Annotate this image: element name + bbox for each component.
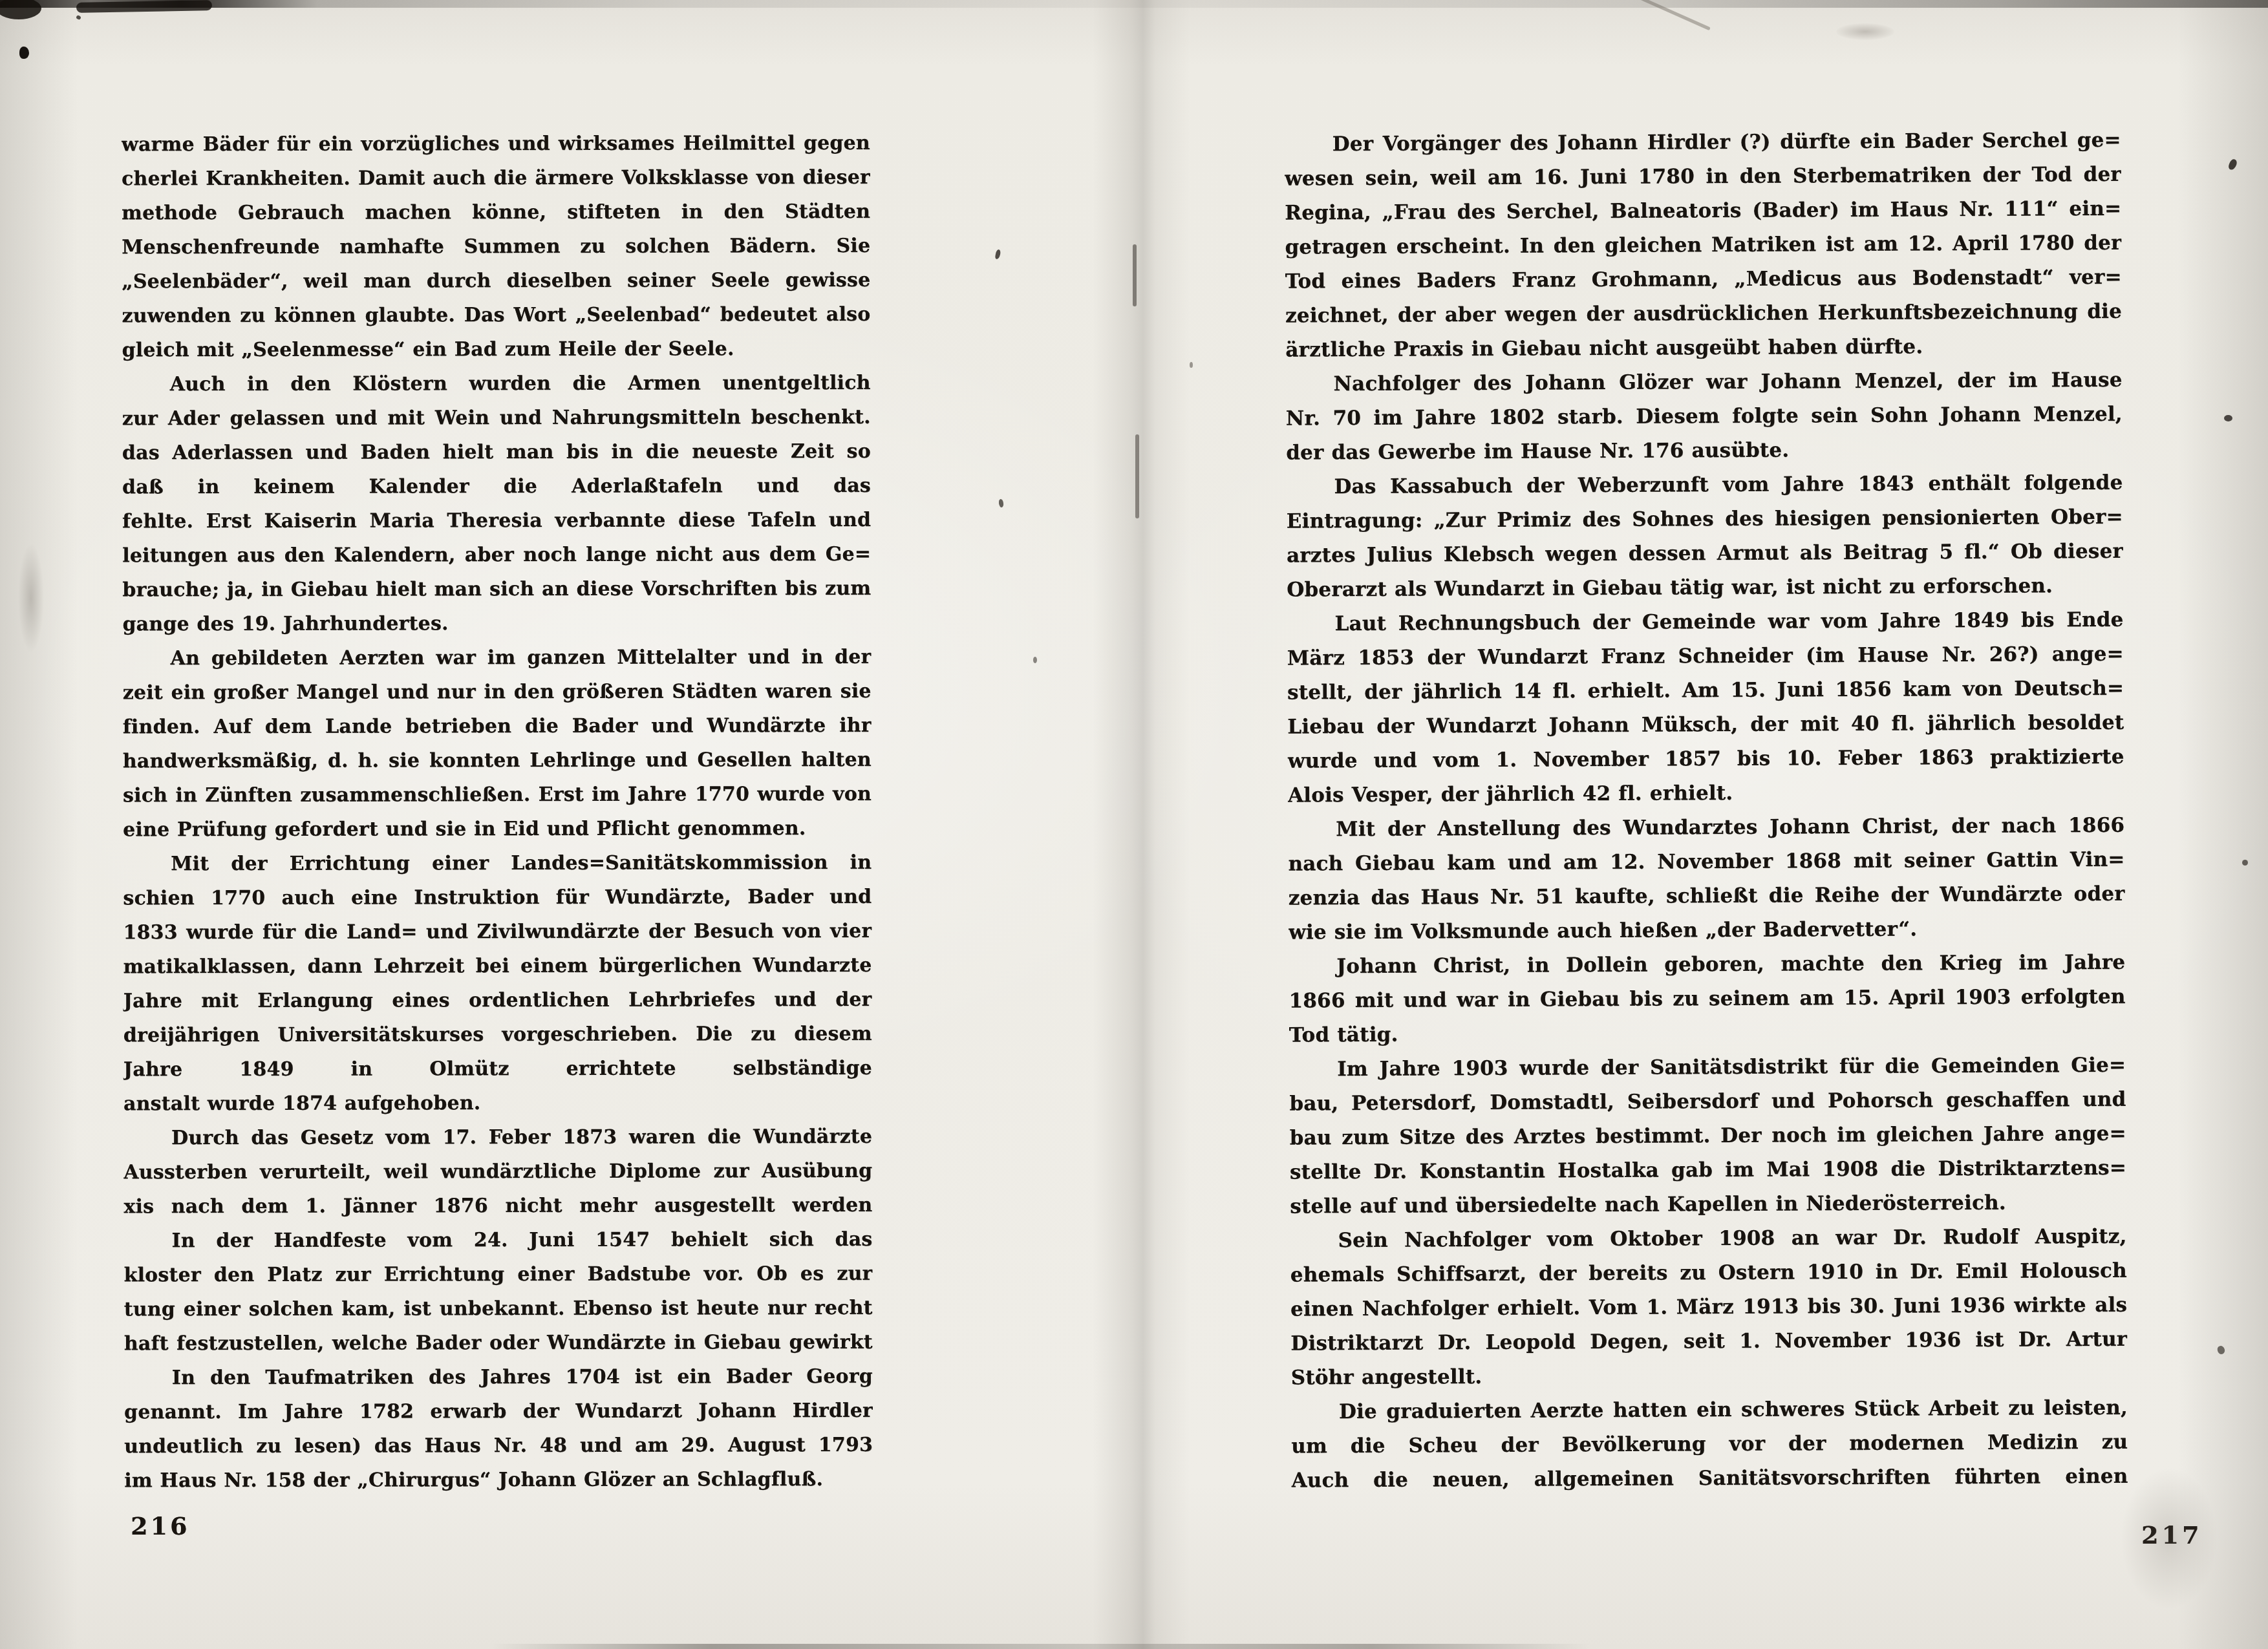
text-line: brauche; ja, in Giebau hielt man sich an… — [122, 571, 871, 607]
text-line: xis nach dem 1. Jänner 1876 nicht mehr a… — [123, 1188, 872, 1224]
text-line: der das Gewerbe im Hause Nr. 176 ausübte… — [1286, 432, 2123, 471]
text-line: zeit ein großer Mangel und nur in den gr… — [123, 674, 872, 710]
text-line: daß in keinem Kalender die Aderlaßtafeln… — [122, 469, 871, 504]
text-line: kloster den Platz zur Errichtung einer B… — [123, 1257, 872, 1292]
text-line: In der Handfeste vom 24. Juni 1547 behie… — [123, 1222, 872, 1258]
page-217-text-block: Der Vorgänger des Johann Hirdler (?) dür… — [1284, 123, 2128, 1498]
text-line: wie sie im Volksmunde auch hießen „der B… — [1289, 911, 2125, 950]
gutter-fold-speck-1 — [1033, 657, 1037, 663]
text-line: Mit der Errichtung einer Landes=Sanitäts… — [123, 846, 872, 881]
top-right-scratch — [1638, 0, 1711, 30]
text-line: 1833 wurde für die Land= und Zivilwundär… — [123, 914, 872, 950]
text-line: Tod eines Baders Franz Grohmann, „Medicu… — [1285, 261, 2122, 299]
text-line: Auch die neuen, allgemeinen Sanitätsvors… — [1291, 1460, 2128, 1498]
left-page-edge-shadow — [0, 0, 78, 1649]
text-line: um die Scheu der Bevölkerung vor der mod… — [1291, 1425, 2128, 1464]
text-line: Menschenfreunde namhafte Summen zu solch… — [122, 229, 870, 264]
text-line: wesen sein, weil am 16. Juni 1780 in den… — [1285, 158, 2121, 197]
text-line: ehemals Schiffsarzt, der bereits zu Oste… — [1290, 1254, 2127, 1293]
bottom-edge-stain — [491, 1644, 1590, 1649]
text-line: Im Jahre 1903 wurde der Sanitätsdistrikt… — [1289, 1048, 2126, 1087]
text-line: stellt, der jährlich 14 fl. erhielt. Am … — [1287, 672, 2124, 710]
text-line: März 1853 der Wundarzt Franz Schneider (… — [1287, 637, 2124, 676]
text-line: Jahre 1849 in Olmütz errichtete selbstän… — [123, 1051, 872, 1087]
text-line: dreijährigen Universitätskurses vorgesch… — [123, 1017, 872, 1052]
text-line: Der Vorgänger des Johann Hirdler (?) dür… — [1284, 123, 2121, 162]
text-line: matikalklassen, dann Lehrzeit bei einem … — [123, 948, 872, 984]
text-line: An gebildeten Aerzten war im ganzen Mitt… — [122, 640, 871, 676]
text-line: leitungen aus den Kalendern, aber noch l… — [122, 537, 871, 573]
text-line: Aussterben verurteilt, weil wundärztlich… — [123, 1154, 872, 1189]
text-line: „Seelenbäder“, weil man durch dieselben … — [122, 263, 870, 299]
text-line: Nr. 70 im Jahre 1802 starb. Diesem folgt… — [1286, 398, 2123, 436]
text-line: Das Kassabuch der Weberzunft vom Jahre 1… — [1286, 466, 2123, 505]
page-number-216: 216 — [131, 1511, 189, 1540]
text-line: Stöhr angestellt. — [1290, 1357, 2127, 1396]
page-216-text-block: warme Bäder für ein vorzügliches und wir… — [122, 126, 873, 1498]
text-line: Johann Christ, in Dollein geboren, macht… — [1289, 946, 2125, 984]
text-line: Jahre mit Erlangung eines ordentlichen L… — [123, 983, 872, 1018]
text-line: In den Taufmatriken des Jahres 1704 ist … — [124, 1359, 873, 1395]
text-line: bau zum Sitze des Arztes bestimmt. Der n… — [1290, 1117, 2126, 1156]
text-line: stellte Dr. Konstantin Hostalka gab im M… — [1290, 1151, 2126, 1190]
text-line: finden. Auf dem Lande betrieben die Bade… — [123, 708, 872, 744]
text-line: Regina, „Frau des Serchel, Balneatoris (… — [1285, 192, 2121, 231]
text-line: anstalt wurde 1874 aufgehoben. — [123, 1085, 872, 1121]
book-scan: warme Bäder für ein vorzügliches und wir… — [0, 0, 2268, 1649]
text-line: genannt. Im Jahre 1782 erwarb der Wundar… — [124, 1394, 873, 1429]
text-line: Tod tätig. — [1289, 1014, 2126, 1053]
text-line: gleich mit „Seelenmesse“ ein Bad zum Hei… — [122, 332, 870, 367]
top-ink-blotch — [76, 0, 212, 13]
text-line: getragen erscheint. In den gleichen Matr… — [1285, 226, 2121, 265]
text-line: einen Nachfolger erhielt. Vom 1. März 19… — [1290, 1288, 2127, 1327]
text-line: Sein Nachfolger vom Oktober 1908 an war … — [1290, 1220, 2126, 1259]
text-line: tung einer solchen kam, ist unbekannt. E… — [124, 1291, 873, 1326]
text-line: zeichnet, der aber wegen der ausdrücklic… — [1285, 295, 2122, 334]
text-line: zuwenden zu können glaubte. Das Wort „Se… — [122, 297, 870, 333]
text-line: fehlte. Erst Kaiserin Maria Theresia ver… — [122, 503, 871, 538]
text-line: gange des 19. Jahrhundertes. — [122, 606, 871, 641]
text-line: das Aderlassen und Baden hielt man bis i… — [122, 434, 871, 470]
text-line: zenzia das Haus Nr. 51 kaufte, schließt … — [1289, 877, 2125, 916]
text-line: Eintragung: „Zur Primiz des Sohnes des h… — [1287, 500, 2123, 539]
text-line: Durch das Gesetz vom 17. Feber 1873 ware… — [123, 1120, 872, 1155]
text-line: haft festzustellen, welche Bader oder Wu… — [124, 1325, 873, 1361]
text-line: schien 1770 auch eine Instruktion für Wu… — [123, 880, 872, 915]
right-page-edge-shadow — [2177, 0, 2268, 1649]
gutter-fold-speck-2 — [1190, 362, 1193, 368]
text-line: arztes Julius Klebsch wegen dessen Armut… — [1287, 535, 2123, 573]
text-line: im Haus Nr. 158 der „Chirurgus“ Johann G… — [124, 1462, 873, 1498]
text-line: Laut Rechnungsbuch der Gemeinde war vom … — [1287, 603, 2123, 642]
gutter-speck-lower — [998, 499, 1004, 508]
text-line: wurde und vom 1. November 1857 bis 10. F… — [1287, 740, 2124, 779]
text-line: sich in Zünften zusammenschließen. Erst … — [123, 777, 872, 813]
text-line: warme Bäder für ein vorzügliches und wir… — [122, 126, 870, 162]
text-line: Liebau der Wundarzt Johann Müksch, der m… — [1287, 706, 2124, 745]
text-line: Die graduierten Aerzte hatten ein schwer… — [1291, 1391, 2128, 1430]
text-line: Oberarzt als Wundarzt in Giebau tätig wa… — [1287, 569, 2123, 608]
text-line: ärztliche Praxis in Giebau nicht ausgeüb… — [1285, 329, 2122, 368]
text-line: handwerksmäßig, d. h. sie konnten Lehrli… — [123, 743, 872, 778]
text-line: cherlei Krankheiten. Damit auch die ärme… — [122, 160, 870, 196]
text-line: Auch in den Klöstern wurden die Armen un… — [122, 366, 871, 401]
text-line: undeutlich zu lesen) das Haus Nr. 48 und… — [124, 1428, 873, 1463]
text-line: nach Giebau kam und am 12. November 1868… — [1288, 843, 2124, 882]
gutter-speck-upper — [995, 249, 1001, 259]
text-line: stelle auf und übersiedelte nach Kapelle… — [1290, 1186, 2126, 1224]
text-line: 1866 mit und war in Giebau bis zu seinem… — [1289, 980, 2125, 1019]
text-line: bau, Petersdorf, Domstadtl, Seibersdorf … — [1289, 1083, 2126, 1122]
top-right-smudge — [1836, 23, 1894, 40]
text-line: Nachfolger des Johann Glözer war Johann … — [1285, 363, 2122, 402]
text-line: Alois Vesper, der jährlich 42 fl. erhiel… — [1288, 774, 2124, 813]
text-line: zur Ader gelassen und mit Wein und Nahru… — [122, 400, 871, 436]
text-line: Mit der Anstellung des Wundarztes Johann… — [1288, 809, 2124, 847]
text-line: methode Gebrauch machen könne, stifteten… — [122, 195, 870, 230]
page-number-217: 217 — [2141, 1520, 2202, 1549]
binding-gutter-shadow — [1093, 0, 1190, 1649]
text-line: Distriktarzt Dr. Leopold Degen, seit 1. … — [1290, 1323, 2127, 1361]
text-line: eine Prüfung gefordert und sie in Eid un… — [123, 811, 872, 847]
